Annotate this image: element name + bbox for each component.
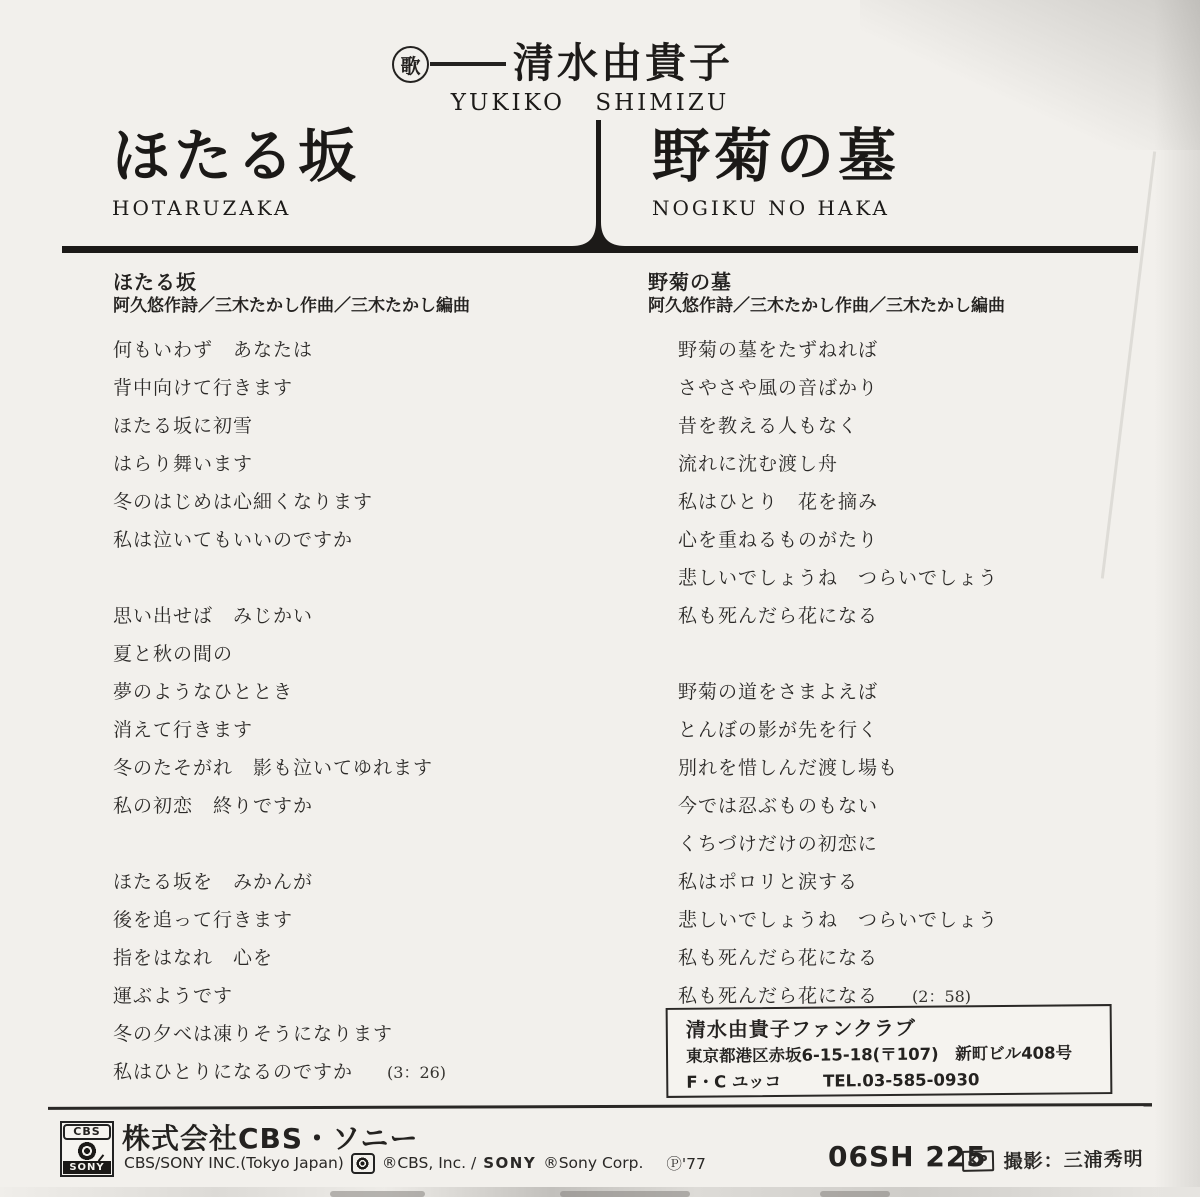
lyric-line: 後を追って行きます [113, 901, 613, 939]
lyric-line: 悲しいでしょうね つらいでしょう [678, 901, 1148, 939]
inc-text: CBS/SONY INC.(Tokyo Japan) [124, 1154, 344, 1172]
side-a-title: ほたる坂 [112, 120, 360, 192]
lyrics-side-a: ほたる坂 阿久悠作詩／三木たかし作曲／三木たかし編曲 何もいわず あなたは背中向… [113, 270, 613, 1092]
lyric-line: 私は泣いてもいいのですか [113, 521, 613, 559]
fan-club-name: 清水由貴子ファンクラブ [686, 1013, 1110, 1044]
lyric-line: 私はポロリと涙する [678, 863, 1148, 901]
lyric-line: ほたる坂を みかんが [113, 863, 613, 901]
lyrics-b-stanzas: 野菊の墓をたずねればさやさや風の音ばかり昔を教える人もなく流れに沈む渡し舟私はひ… [648, 331, 1148, 1016]
lyric-line: 私の初恋 終りですか [113, 787, 613, 825]
lyric-line: 野菊の墓をたずねれば [678, 331, 1148, 369]
artist-row: 歌 清水由貴子 [392, 30, 733, 88]
photo-credit-block: KP 撮影：三浦秀明 [962, 1144, 1144, 1175]
lyric-line: 消えて行きます [113, 711, 613, 749]
fan-club-address: 東京都港区赤坂6-15-18(〒107) 新町ビル408号 [686, 1040, 1110, 1070]
lyric-line: 流れに沈む渡し舟 [678, 445, 1148, 483]
lyric-line: 思い出せば みじかい [113, 597, 613, 635]
stanza: 野菊の墓をたずねればさやさや風の音ばかり昔を教える人もなく流れに沈む渡し舟私はひ… [678, 331, 1148, 635]
copyright-line: CBS/SONY INC.(Tokyo Japan) ®CBS, Inc. / … [124, 1152, 706, 1174]
sony-rights-text: ®Sony Corp. [543, 1154, 643, 1172]
lyric-line: 野菊の道をさまよえば [678, 673, 1148, 711]
cbs-sony-logo: CBS SONY [60, 1121, 114, 1177]
lyric-line: 冬のはじめは心細くなります [113, 483, 613, 521]
lyric-line: 冬の夕べは凍りそうになります [113, 1015, 613, 1053]
lyric-line: 背中向けて行きます [113, 369, 613, 407]
scan-smudge [330, 1191, 425, 1197]
track-duration: (2：58) [912, 987, 971, 1006]
lyric-line: ほたる坂に初雪 [113, 407, 613, 445]
stanza: 思い出せば みじかい夏と秋の間の夢のようなひととき消えて行きます冬のたそがれ 影… [113, 597, 613, 825]
lyric-line: 夏と秋の間の [113, 635, 613, 673]
track-duration: (3：26) [387, 1063, 446, 1082]
stanza: 何もいわず あなたは背中向けて行きますほたる坂に初雪はらり舞います冬のはじめは心… [113, 331, 613, 559]
stanza: ほたる坂を みかんが後を追って行きます指をはなれ 心を運ぶようです冬の夕べは凍り… [113, 863, 613, 1092]
lyrics-a-credits: 阿久悠作詩／三木たかし作曲／三木たかし編曲 [113, 295, 613, 318]
sony-wordmark: SONY [483, 1154, 536, 1172]
phonogram-year: Ⓟ'77 [666, 1152, 705, 1174]
artist-name: 清水由貴子 [513, 30, 733, 89]
side-b-title: 野菊の墓 [652, 120, 900, 192]
lyric-line: さやさや風の音ばかり [678, 369, 1148, 407]
cbs-eye-icon [63, 1140, 111, 1161]
lyric-line: 別れを惜しんだ渡し場も [678, 749, 1148, 787]
lyric-line: 冬のたそがれ 影も泣いてゆれます [113, 749, 613, 787]
lyrics-side-b: 野菊の墓 阿久悠作詩／三木たかし作曲／三木たかし編曲 野菊の墓をたずねればさやさ… [648, 270, 1148, 1016]
dash-rule [430, 62, 506, 66]
lyrics-b-credits: 阿久悠作詩／三木たかし作曲／三木たかし編曲 [648, 295, 1148, 318]
sony-logo-label: SONY [63, 1161, 111, 1174]
lyric-line: 私はひとりになるのですか(3：26) [113, 1053, 613, 1092]
side-b-title-block: 野菊の墓 NOGIKU NO HAKA [652, 120, 900, 220]
lyric-line: とんぼの影が先を行く [678, 711, 1148, 749]
lyric-line: はらり舞います [113, 445, 613, 483]
fan-club-box: 清水由貴子ファンクラブ 東京都港区赤坂6-15-18(〒107) 新町ビル408… [666, 1004, 1113, 1098]
lyric-line: 運ぶようです [113, 977, 613, 1015]
lyric-line: 私はひとり 花を摘み [678, 483, 1148, 521]
lyric-line: 心を重ねるものがたり [678, 521, 1148, 559]
lyric-line: 夢のようなひととき [113, 673, 613, 711]
cbs-logo-label: CBS [63, 1124, 111, 1140]
fan-club-tel: TEL.03-585-0930 [823, 1067, 980, 1094]
side-a-title-roman: HOTARUZAKA [112, 196, 360, 220]
scan-smudge [560, 1191, 690, 1197]
lyric-line: 指をはなれ 心を [113, 939, 613, 977]
lyric-line: 今では忍ぶものもない [678, 787, 1148, 825]
lyric-line: 昔を教える人もなく [678, 407, 1148, 445]
side-a-title-block: ほたる坂 HOTARUZAKA [112, 120, 360, 220]
lyric-line: 私も死んだら花になる [678, 939, 1148, 977]
company-name: 株式会社CBS・ソニー [122, 1117, 419, 1157]
lyric-line: 何もいわず あなたは [113, 331, 613, 369]
lyrics-a-title: ほたる坂 [113, 270, 613, 294]
scan-smudge [820, 1191, 890, 1197]
record-sleeve-back: 歌 清水由貴子 YUKIKO SHIMIZU ほたる坂 HOTARUZAKA 野… [0, 0, 1200, 1197]
lyrics-a-stanzas: 何もいわず あなたは背中向けて行きますほたる坂に初雪はらり舞います冬のはじめは心… [113, 331, 613, 1092]
kp-mark: KP [962, 1150, 994, 1172]
footer-divider-rule [48, 1103, 1152, 1110]
stanza: 野菊の道をさまよえばとんぼの影が先を行く別れを惜しんだ渡し場も今では忍ぶものもな… [678, 673, 1148, 1016]
vocal-mark-icon: 歌 [392, 46, 429, 83]
cbs-eye-small-icon [351, 1153, 375, 1174]
lyric-line: くちづけだけの初恋に [678, 825, 1148, 863]
lyrics-b-title: 野菊の墓 [648, 270, 1148, 294]
lyric-line: 私も死んだら花になる [678, 597, 1148, 635]
cbs-rights-text: ®CBS, Inc. / [382, 1154, 476, 1172]
vocal-mark-label: 歌 [401, 50, 421, 79]
photo-credit-text: 撮影：三浦秀明 [1003, 1144, 1144, 1174]
lyric-line: 悲しいでしょうね つらいでしょう [678, 559, 1148, 597]
scan-bottom-edge [0, 1187, 1200, 1197]
fan-club-contact: F・C ユッコ [686, 1069, 781, 1096]
side-b-title-roman: NOGIKU NO HAKA [652, 196, 900, 220]
